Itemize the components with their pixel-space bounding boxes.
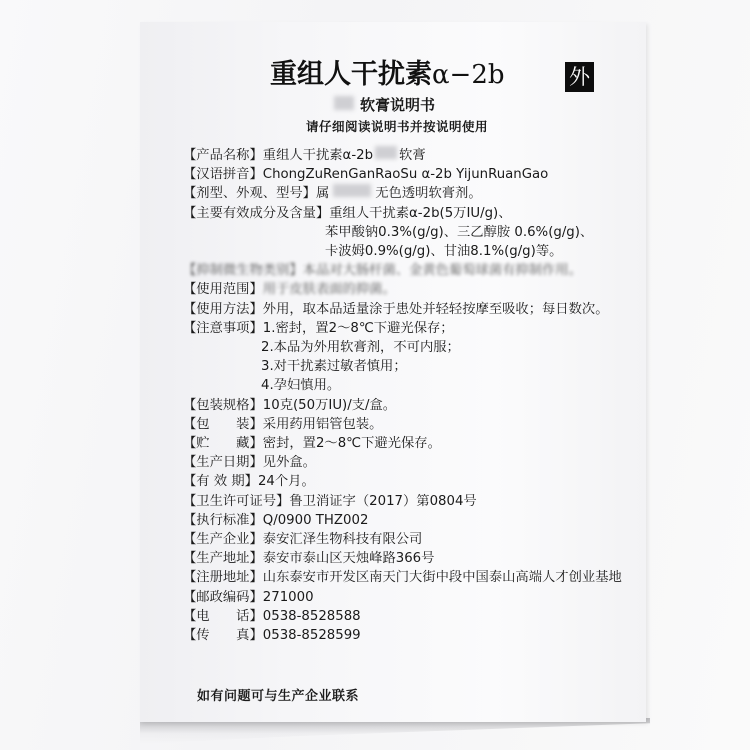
field-value: 苯甲酸钠0.3%(g/g)、三乙醇胺 0.6%(g/g)、 <box>325 225 593 240</box>
redacted-text <box>375 146 397 159</box>
field-production-address: 【生产地址】泰安市泰山区天烛峰路366号 <box>183 549 623 568</box>
field-value: 外用，取本品适量涂于患处并轻轻按摩至吸收；每日数次。 <box>263 302 609 317</box>
field-value: 3.对干扰素过敏者慎用； <box>261 359 407 374</box>
field-package-spec: 【包装规格】10克(50万IU)/支/盒。 <box>183 396 623 415</box>
field-label: 【电 话】 <box>183 609 263 624</box>
field-label: 【汉语拼音】 <box>183 167 263 182</box>
field-value: 泰安汇泽生物科技有限公司 <box>263 532 423 547</box>
field-label: 【包装规格】 <box>183 398 263 413</box>
redacted-text <box>334 96 354 110</box>
field-label: 【使用范围】 <box>183 282 263 297</box>
field-value: 山东泰安市开发区南天门大街中段中国泰山高端人才创业基地 <box>263 570 622 585</box>
field-value: ChongZuRenGanRaoSu α-2b YijunRuanGao <box>263 167 549 182</box>
field-value: 0538-8528588 <box>263 609 361 624</box>
redacted-text <box>333 184 371 197</box>
field-label: 【注意事项】 <box>183 321 263 336</box>
field-phone: 【电 话】0538-8528588 <box>183 607 623 626</box>
field-precautions-cont: 3.对干扰素过敏者慎用； <box>183 357 623 376</box>
field-label: 【抑制微生物类别】 <box>183 263 303 278</box>
field-product-name: 【产品名称】重组人干扰素α-2b软膏 <box>183 146 623 165</box>
field-value: 271000 <box>263 590 314 605</box>
field-value: 卡波姆0.9%(g/g)、甘油8.1%(g/g)等。 <box>325 244 562 259</box>
field-label: 【卫生许可证号】 <box>183 494 289 509</box>
field-value: 4.孕妇慎用。 <box>261 378 340 393</box>
field-ingredients-cont: 卡波姆0.9%(g/g)、甘油8.1%(g/g)等。 <box>183 242 623 261</box>
field-fax: 【传 真】0538-8528599 <box>183 626 623 645</box>
field-label: 【执行标准】 <box>183 513 263 528</box>
field-value: 属 <box>316 186 329 201</box>
field-label: 【包 装】 <box>183 417 263 432</box>
field-precautions-cont: 2.本品为外用软膏剂，不可内服； <box>183 338 623 357</box>
field-label: 【传 真】 <box>183 628 263 643</box>
field-value-tail: 无色透明软膏剂。 <box>375 186 481 201</box>
field-value: 重组人干扰素α-2b(5万IU/g)、 <box>329 206 511 221</box>
field-storage: 【贮 藏】密封，置2～8℃下避光保存。 <box>183 434 623 453</box>
field-value: 采用药用铝管包装。 <box>263 417 383 432</box>
field-registered-address: 【注册地址】山东泰安市开发区南天门大街中段中国泰山高端人才创业基地 <box>183 568 623 587</box>
field-label: 【剂型、外观、型号】 <box>183 186 316 201</box>
field-value: Q/0900 THZ002 <box>263 513 369 528</box>
field-production-date: 【生产日期】见外盒。 <box>183 453 623 472</box>
title-chinese: 重组人干扰素 <box>270 59 432 90</box>
field-label: 【生产地址】 <box>183 551 263 566</box>
field-expiry: 【有 效 期】24个月。 <box>183 472 623 491</box>
field-postal-code: 【邮政编码】271000 <box>183 588 623 607</box>
field-label: 【生产企业】 <box>183 532 263 547</box>
field-value: 10克(50万IU)/支/盒。 <box>263 398 396 413</box>
field-packaging: 【包 装】采用药用铝管包装。 <box>183 415 623 434</box>
field-value: 0538-8528599 <box>263 628 361 643</box>
field-label: 【邮政编码】 <box>183 590 263 605</box>
field-pinyin: 【汉语拼音】ChongZuRenGanRaoSu α-2b YijunRuanG… <box>183 165 623 184</box>
field-microbe-category: 【抑制微生物类别】本品对大肠杆菌、金黄色葡萄球菌有抑制作用。 <box>183 261 623 280</box>
field-ingredients: 【主要有效成分及含量】重组人干扰素α-2b(5万IU/g)、 <box>183 204 623 223</box>
field-label: 【生产日期】 <box>183 455 263 470</box>
field-value: 鲁卫消证字（2017）第0804号 <box>289 494 476 509</box>
subtitle-text: 软膏说明书 <box>360 96 435 114</box>
field-dosage-form: 【剂型、外观、型号】属无色透明软膏剂。 <box>183 184 623 203</box>
field-value: 24个月。 <box>258 474 315 489</box>
document-subtitle: 软膏说明书 <box>334 94 435 115</box>
document-title: 重组人干扰素α−2b <box>270 52 505 91</box>
field-label: 【主要有效成分及含量】 <box>183 206 329 221</box>
reading-notice: 请仔细阅读说明书并按说明使用 <box>306 117 488 135</box>
field-usage: 【使用方法】外用，取本品适量涂于患处并轻轻按摩至吸收；每日数次。 <box>183 300 623 319</box>
title-greek: α−2b <box>432 60 505 90</box>
field-precautions: 【注意事项】1.密封，置2～8℃下避光保存； <box>183 319 623 338</box>
field-label: 【使用方法】 <box>183 302 263 317</box>
field-standard: 【执行标准】Q/0900 THZ002 <box>183 511 623 530</box>
field-value: 见外盒。 <box>263 455 316 470</box>
field-value: 1.密封，置2～8℃下避光保存； <box>263 321 454 336</box>
field-value: 本品对大肠杆菌、金黄色葡萄球菌有抑制作用。 <box>303 263 582 278</box>
field-value: 密封，置2～8℃下避光保存。 <box>263 436 441 451</box>
field-value: 泰安市泰山区天烛峰路366号 <box>263 551 435 566</box>
field-value: 重组人干扰素α-2b <box>263 148 373 163</box>
field-value: 2.本品为外用软膏剂，不可内服； <box>261 340 460 355</box>
external-use-badge: 外 <box>565 62 594 92</box>
field-list: 【产品名称】重组人干扰素α-2b软膏 【汉语拼音】ChongZuRenGanRa… <box>183 146 623 645</box>
field-precautions-cont: 4.孕妇慎用。 <box>183 376 623 395</box>
field-label: 【有 效 期】 <box>183 474 258 489</box>
field-ingredients-cont: 苯甲酸钠0.3%(g/g)、三乙醇胺 0.6%(g/g)、 <box>183 223 623 242</box>
field-manufacturer: 【生产企业】泰安汇泽生物科技有限公司 <box>183 530 623 549</box>
field-value: 用于皮肤表面的抑菌。 <box>263 282 396 297</box>
field-label: 【贮 藏】 <box>183 436 263 451</box>
field-value-tail: 软膏 <box>399 148 426 163</box>
field-scope: 【使用范围】用于皮肤表面的抑菌。 <box>183 280 623 299</box>
field-hygiene-license: 【卫生许可证号】鲁卫消证字（2017）第0804号 <box>183 492 623 511</box>
field-label: 【产品名称】 <box>183 148 263 163</box>
field-label: 【注册地址】 <box>183 570 263 585</box>
contact-note: 如有问题可与生产企业联系 <box>197 685 359 704</box>
